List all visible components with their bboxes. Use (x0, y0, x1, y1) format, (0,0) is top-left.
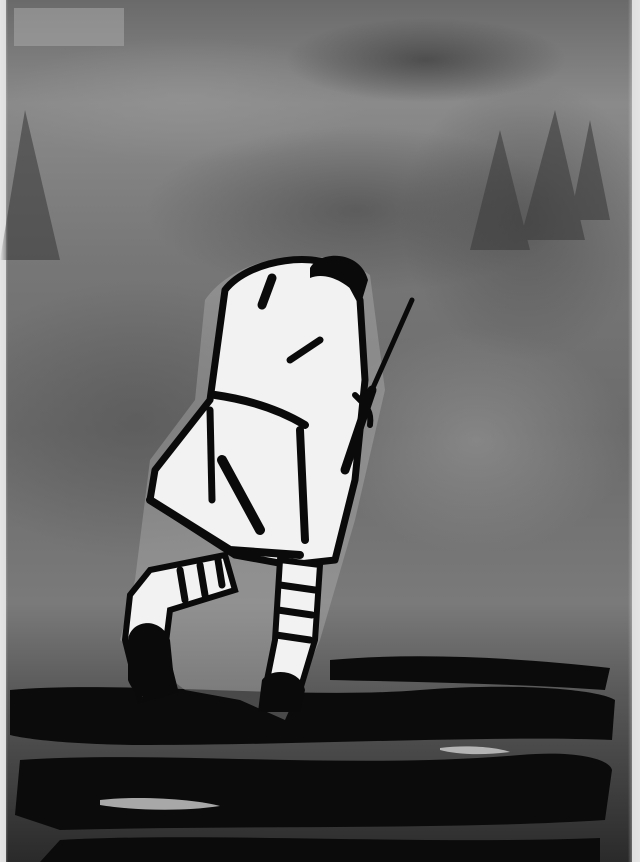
soldier-figure (0, 0, 640, 862)
artwork (0, 0, 640, 862)
paper-edge-right (628, 0, 640, 862)
paper-edge-left (0, 0, 8, 862)
